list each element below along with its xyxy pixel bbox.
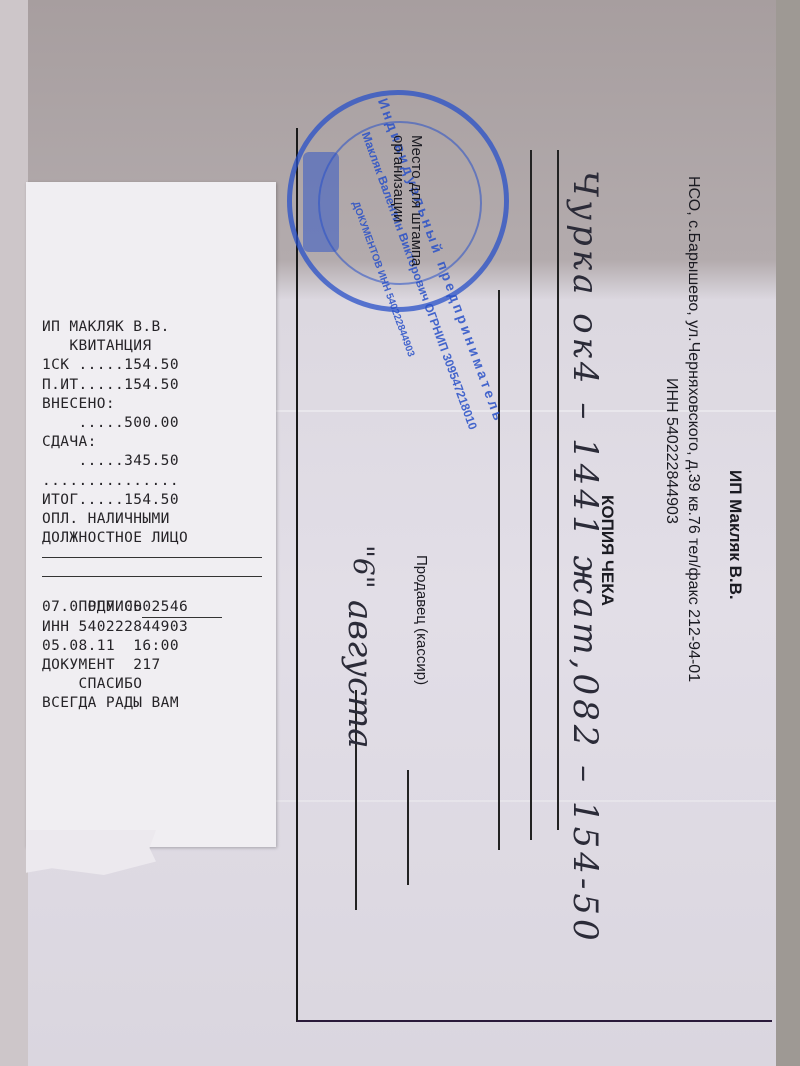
receipt-line: .....500.00: [42, 414, 262, 433]
receipt-line: ИТОГ.....154.50: [42, 491, 262, 510]
receipt-footer-line: ВСЕГДА РАДЫ ВАМ: [42, 694, 262, 713]
receipt-divider: [42, 567, 262, 577]
receipt-footer-line: СПАСИБО: [42, 675, 262, 694]
form-ruled-line: [557, 150, 559, 830]
receipt-text: ИП МАКЛЯК В.В. КВИТАНЦИЯ 1СК .....154.50…: [42, 318, 262, 714]
background-surface: [772, 0, 800, 1066]
receipt-line: .....345.50: [42, 452, 262, 471]
org-name: ИП Макляк В.В.: [725, 470, 745, 600]
receipt-line: ИП МАКЛЯК В.В.: [42, 318, 262, 337]
org-inn: ИНН 540222844903: [662, 378, 680, 524]
handwritten-date-month: августа: [340, 600, 380, 749]
receipt-footer-line: 05.08.11 16:00: [42, 637, 262, 656]
receipt-line: ...............: [42, 472, 262, 491]
seller-signature-line: [407, 770, 409, 885]
receipt-line: ОПЛ. НАЛИЧНЫМИ: [42, 510, 262, 529]
receipt-line: П.ИТ.....154.50: [42, 376, 262, 395]
stamp-place-line: организации: [389, 135, 407, 266]
receipt-footer-line: ИНН 540222844903: [42, 618, 262, 637]
receipt-line: ДОЛЖНОСТНОЕ ЛИЦО: [42, 529, 262, 548]
form-ruled-line: [530, 150, 532, 840]
stamp-place-line: Место для штампа: [407, 135, 425, 266]
org-address: НСО, с.Барышево, ул.Черняховского, д.39 …: [684, 176, 702, 682]
receipt-signature-label: ПОДПИСЬ: [42, 579, 262, 598]
receipt-line: КВИТАНЦИЯ: [42, 337, 262, 356]
stamp-place-label: Место для штампа организации: [389, 135, 425, 266]
receipt-line: 1СК .....154.50: [42, 356, 262, 375]
receipt-divider: [42, 548, 262, 558]
seller-label: Продавец (кассир): [413, 555, 430, 685]
receipt-footer-line: 07.0 РПУ 0002546: [42, 598, 262, 617]
handwritten-item-line: Чурка ок4 – 1441 жат,082 – 154-50: [565, 170, 605, 945]
receipt-line: СДАЧА:: [42, 433, 262, 452]
receipt-line: ВНЕСЕНО:: [42, 395, 262, 414]
handwritten-date-day: "6": [347, 545, 380, 589]
form-ruled-line: [498, 290, 500, 850]
stamp-emblem-icon: [303, 152, 339, 252]
receipt-footer-line: ДОКУМЕНТ 217: [42, 656, 262, 675]
